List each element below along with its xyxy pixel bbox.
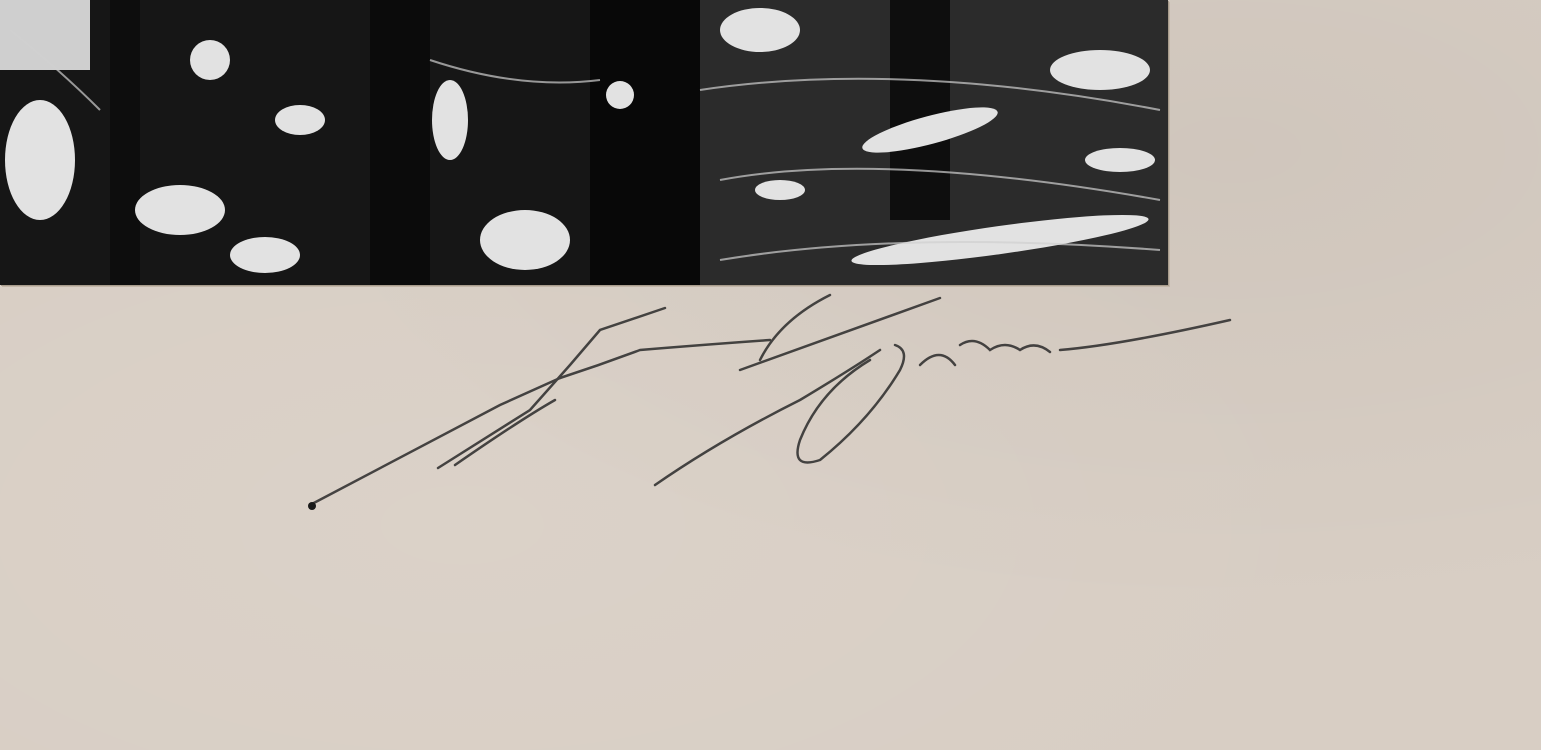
pencil-signature: [0, 0, 1541, 750]
